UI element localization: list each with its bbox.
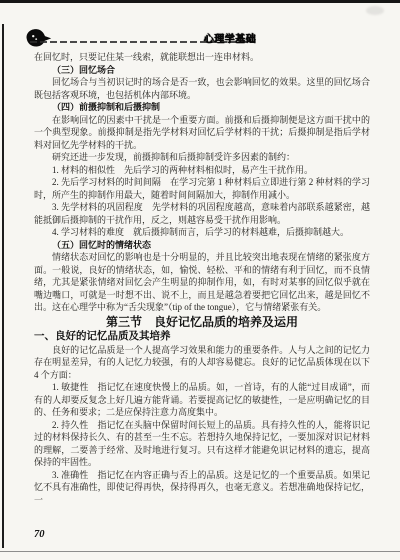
body-paragraph: 研究还进一步发现，前摄抑制和后摄抑制受许多因素的制约： (34, 151, 370, 164)
section-title: 第三节 良好记忆品质的培养及运用 (34, 314, 370, 330)
list-item: 3. 准确性 指记忆在内容正确与否上的品质。这是记忆的一个重要品质。如果记忆不具… (34, 469, 370, 507)
list-item: 2. 持久性 指记忆在头脑中保留时间长短上的品质。具有持久性的人，能将识记过的材… (34, 419, 370, 469)
sub-heading: （三）回忆场合 (34, 64, 370, 77)
sub-heading: （五）回忆时的情绪状态 (34, 239, 370, 252)
list-item: 4. 学习材料的难度 就后摄抑制而言，后学习的材料越难，后摄抑制越大。 (34, 226, 370, 239)
body-paragraph: 回忆场合与当初识记时的场合是否一致，也会影响回忆的效果。这里的回忆场合既包括客观… (34, 76, 370, 101)
scan-bottom-edge (0, 551, 400, 552)
page-body: 在回忆时，只要记住某一线索，就能联想出一连串材料。 （三）回忆场合 回忆场合与当… (34, 51, 370, 506)
body-paragraph: 在影响回忆的因素中干扰是一个重要方面。前摄和后摄抑制便是这方面干扰中的一个典型现… (34, 114, 370, 152)
list-item: 3. 先学材料的巩固程度 先学材料的巩固程度越高，意味着内部联系越紧密，越能抵御… (34, 201, 370, 226)
scan-left-edge (2, 24, 4, 548)
sub-heading: （四）前摄抑制和后摄抑制 (34, 101, 370, 114)
book-title: 心理学基础 (200, 30, 256, 45)
list-item: 1. 材料的相似性 先后学习的两种材料相似时，易产生干扰作用。 (34, 164, 370, 177)
list-item: 1. 敏捷性 指记忆在速度快慢上的品质。如，一首诗，有的人能“过目成诵”，而有的… (34, 381, 370, 419)
body-paragraph: 在回忆时，只要记住某一线索，就能联想出一连串材料。 (34, 51, 370, 64)
body-paragraph: 情绪状态对回忆的影响也是十分明显的，并且比较突出地表现在情绪的紧张度方面。一般说… (34, 251, 370, 314)
publisher-bird-logo-icon (23, 27, 53, 49)
list-item: 2. 先后学习材料的时间间隔 在学习完第 1 种材料后立即进行第 2 种材料的学… (34, 176, 370, 201)
body-paragraph: 良好的记忆品质是一个人提高学习效果和能力的重要条件。人与人之间的记忆力存在明显差… (34, 344, 370, 382)
subsection-title: 一、良好的记忆品质及其培养 (34, 330, 370, 344)
page-header: 心理学基础 (0, 0, 400, 50)
page-number: 70 (34, 529, 45, 540)
